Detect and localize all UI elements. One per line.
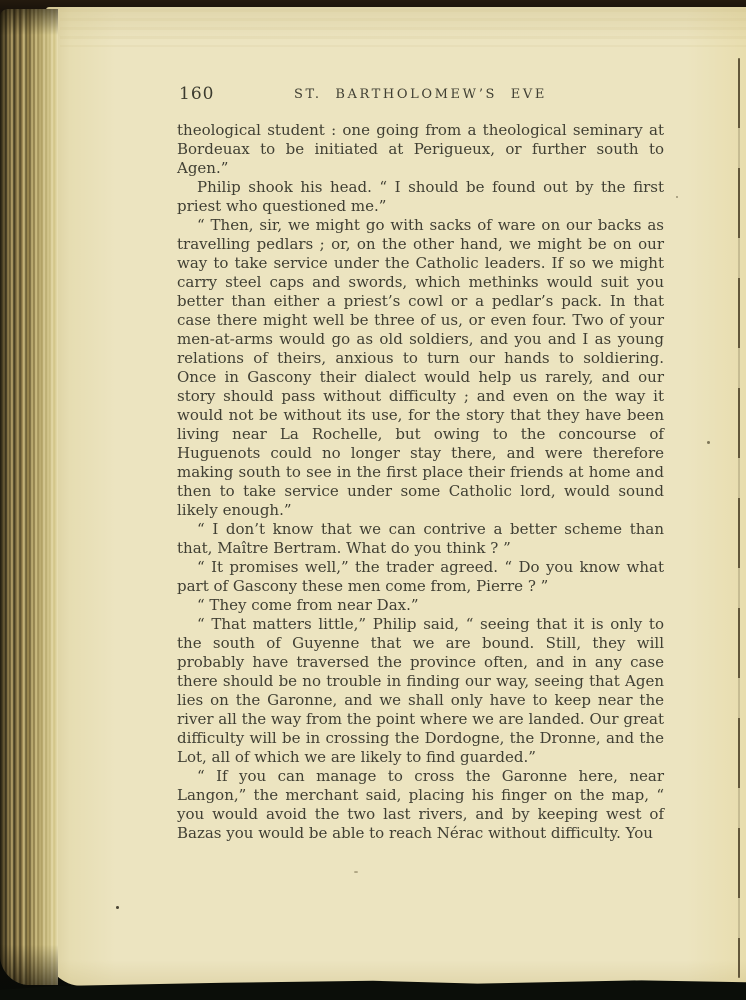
paragraph: theological student : one going from a t…: [177, 121, 664, 178]
paragraph: “ They come from near Dax.”: [177, 596, 664, 615]
paragraph: “ That matters little,” Philip said, “ s…: [177, 615, 664, 767]
paragraph: “ It promises well,” the trader agreed. …: [177, 558, 664, 596]
running-title: ST. BARTHOLOMEW’S EVE: [177, 87, 664, 102]
scan-speck: [354, 871, 358, 873]
paragraph: Philip shook his head. “ I should be fou…: [177, 178, 664, 216]
book-fore-edge-pages: [0, 9, 58, 985]
paragraph: “ I don’t know that we can contrive a be…: [177, 520, 664, 558]
page-header: 160 ST. BARTHOLOMEW’S EVE: [177, 84, 664, 106]
paragraph: “ Then, sir, we might go with sacks of w…: [177, 216, 664, 520]
paragraph: “ If you can manage to cross the Garonne…: [177, 767, 664, 843]
scan-speck: [676, 196, 678, 198]
scan-streaks: [60, 9, 746, 47]
scan-speck: [116, 906, 119, 909]
book-scan: 160 ST. BARTHOLOMEW’S EVE theological st…: [0, 0, 746, 1000]
page-gutter-line: [738, 58, 740, 978]
page-body-text: theological student : one going from a t…: [177, 121, 664, 843]
scan-speck: [707, 441, 710, 444]
